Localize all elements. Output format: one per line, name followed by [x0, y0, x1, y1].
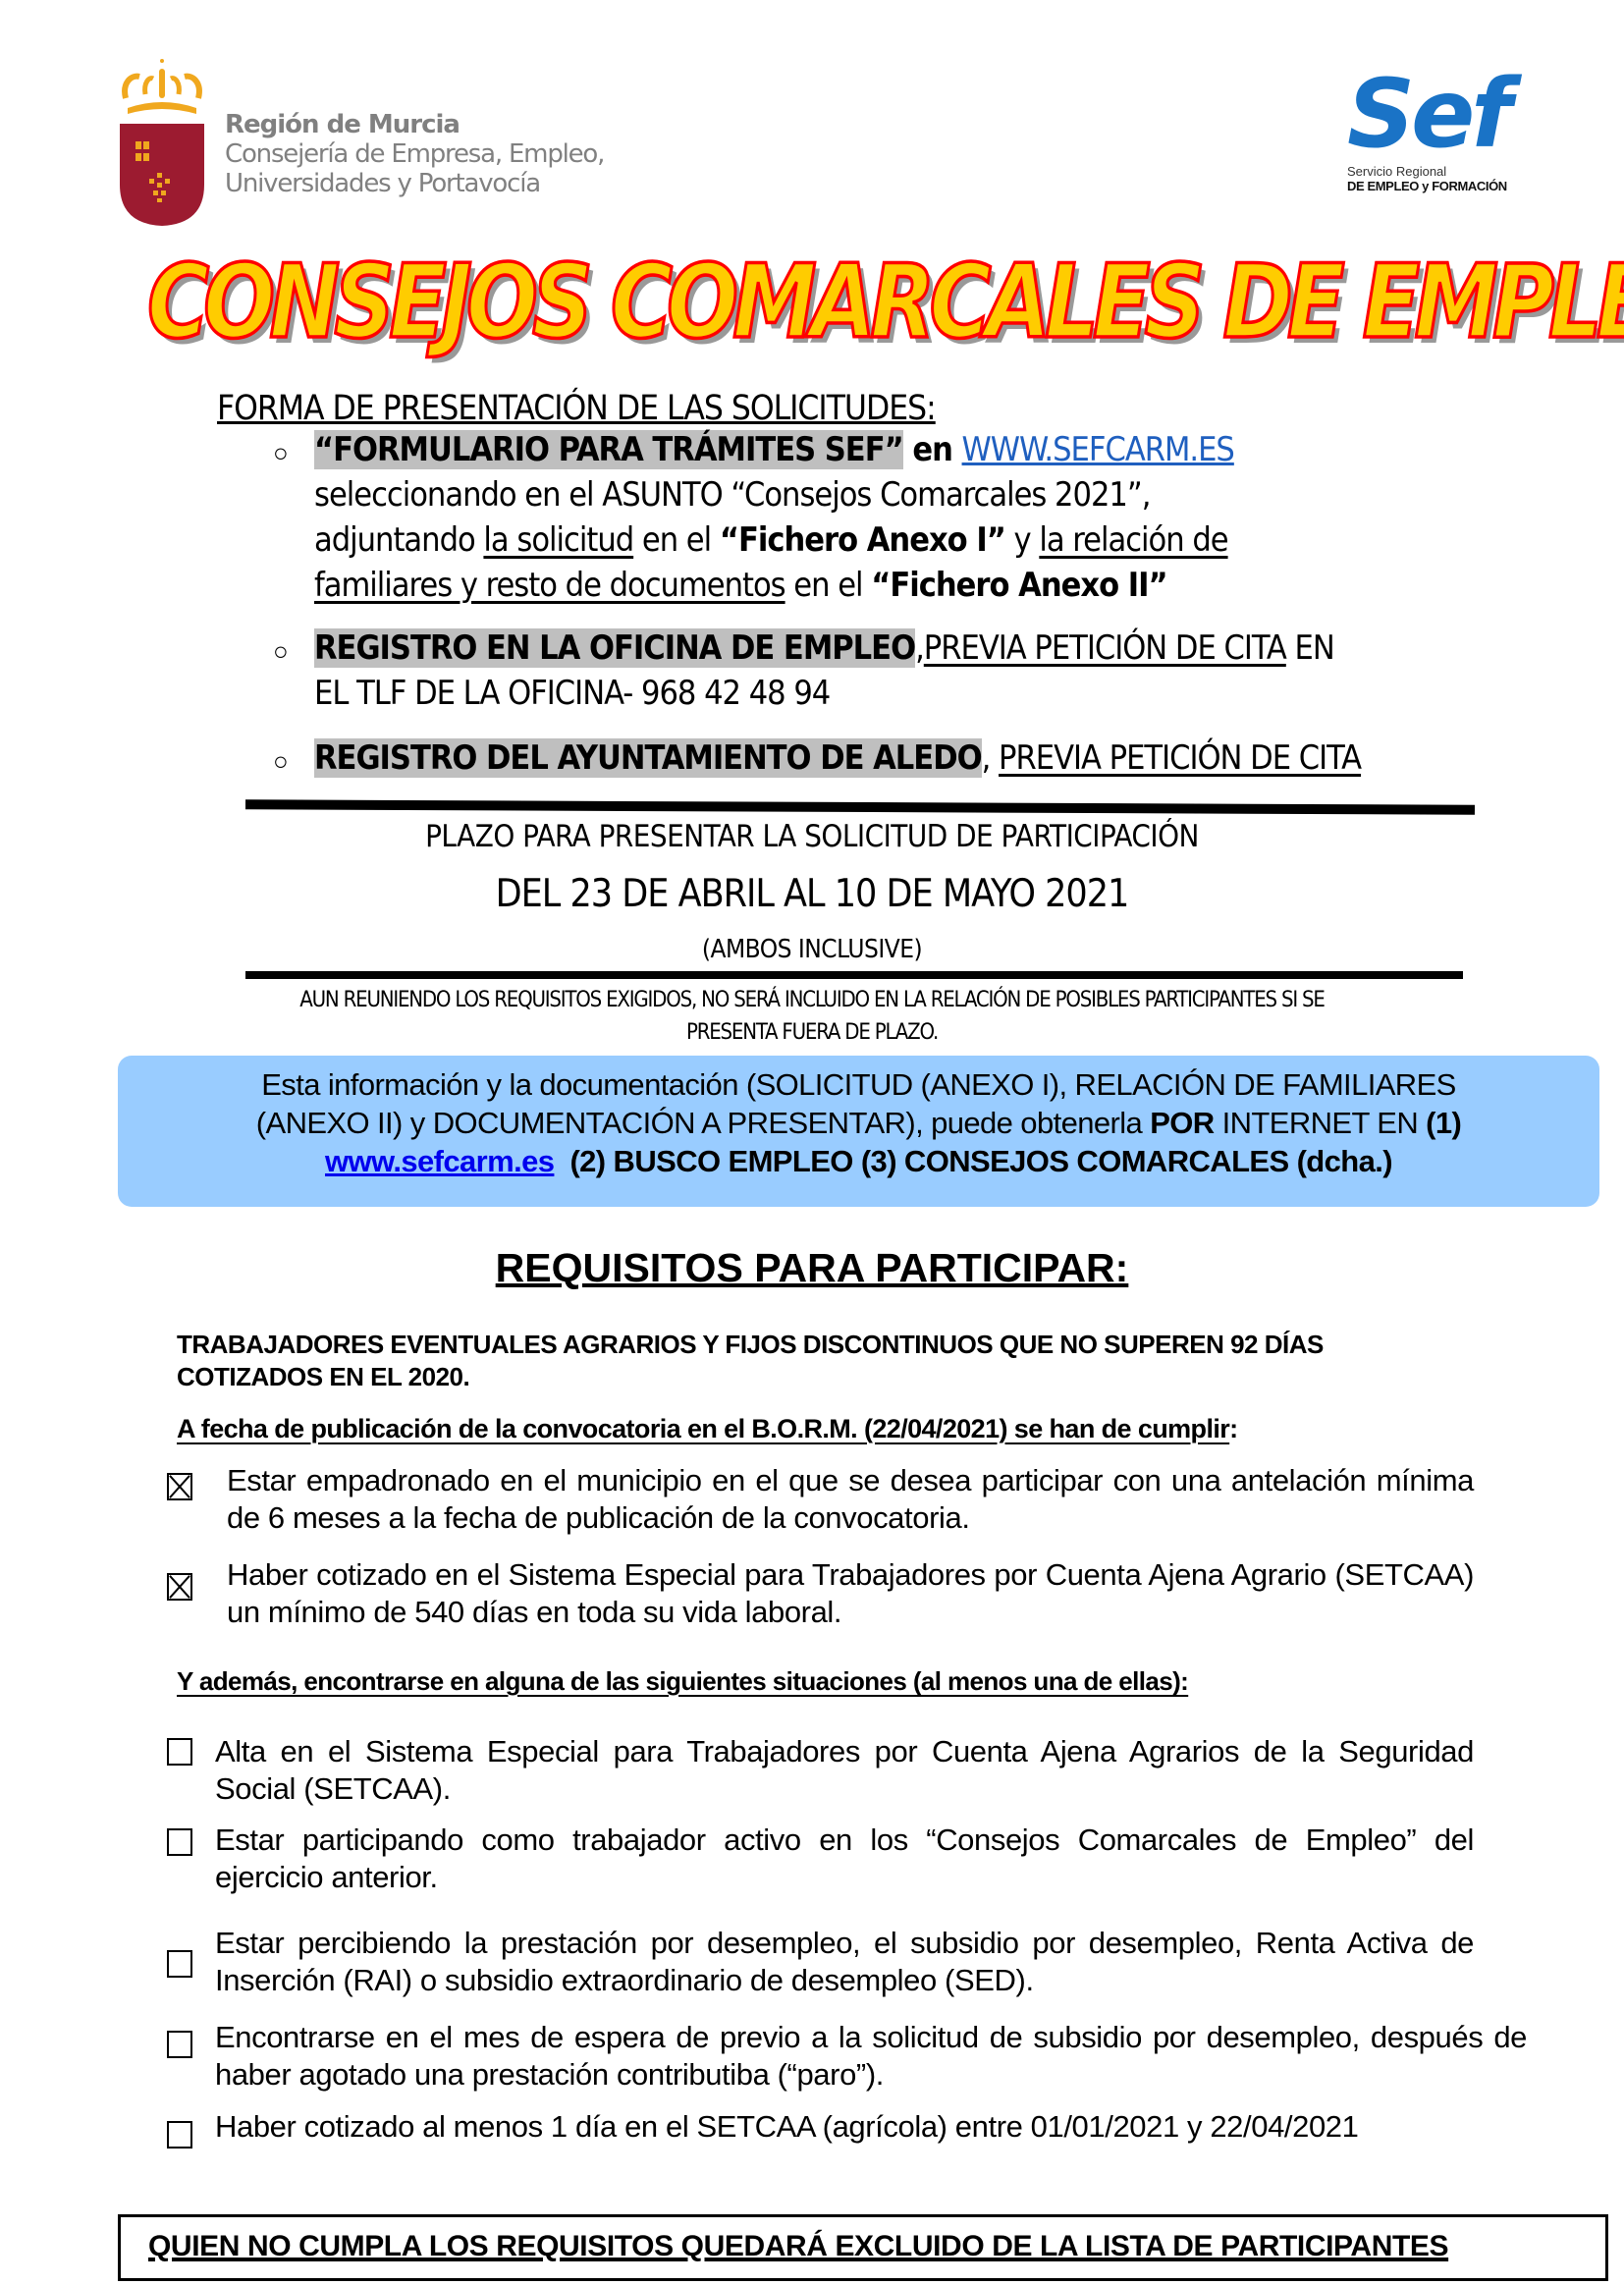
text: EN	[1286, 628, 1334, 668]
bullet1-line4: familiares y resto de documentos en el “…	[314, 566, 1167, 605]
region-de-murcia-crest-icon	[118, 57, 206, 226]
region-name: Región de Murcia	[225, 110, 604, 139]
exclusion-notice-box: QUIEN NO CUMPLA LOS REQUISITOS QUEDARÁ E…	[118, 2214, 1608, 2281]
registro-oficina-highlight: REGISTRO EN LA OFICINA DE EMPLEO	[314, 628, 915, 668]
additional-item-4: Encontrarse en el mes de espera de previ…	[215, 2019, 1527, 2094]
info-line3: www.sefcarm.es (2) BUSCO EMPLEO (3) CONS…	[118, 1142, 1599, 1180]
text: en el	[785, 566, 872, 605]
presentation-heading: FORMA DE PRESENTACIÓN DE LAS SOLICITUDES…	[217, 389, 936, 428]
text: INTERNET EN	[1215, 1106, 1427, 1140]
sefcarm-link[interactable]: WWW.SEFCARM.ES	[962, 430, 1234, 469]
text: (2) BUSCO EMPLEO (3) CONSEJOS COMARCALES…	[554, 1144, 1392, 1178]
target-line1: TRABAJADORES EVENTUALES AGRARIOS Y FIJOS…	[177, 1329, 1324, 1361]
bullet1-en: en	[903, 430, 962, 469]
text: (1)	[1426, 1106, 1461, 1140]
info-text: Esta información y la documentación (SOL…	[118, 1065, 1599, 1180]
text: y	[1005, 520, 1040, 560]
text: ,	[982, 738, 999, 778]
additional-item-1: Alta en el Sistema Especial para Trabaja…	[215, 1733, 1474, 1808]
mandatory-item-2: Haber cotizado en el Sistema Especial pa…	[227, 1556, 1474, 1631]
info-line1: Esta información y la documentación (SOL…	[118, 1065, 1599, 1104]
previa-cita-text: PREVIA PETICIÓN DE CITA	[999, 738, 1361, 778]
bullet-icon: ○	[273, 636, 289, 667]
text: adjuntando	[314, 520, 483, 560]
text: A fecha de publicación de la convocatori…	[177, 1414, 1229, 1443]
deadline-warning: AUN REUNIENDO LOS REQUISITOS EXIGIDOS, N…	[0, 984, 1624, 1049]
exclusion-notice: QUIEN NO CUMPLA LOS REQUISITOS QUEDARÁ E…	[148, 2230, 1448, 2263]
bullet1-line3: adjuntando la solicitud en el “Fichero A…	[314, 520, 1228, 560]
formulario-highlight: “FORMULARIO PARA TRÁMITES SEF”	[314, 430, 903, 469]
checkbox-unchecked[interactable]	[167, 1738, 192, 1766]
relacion-text: la relación de	[1039, 520, 1227, 560]
bullet-icon: ○	[273, 746, 289, 777]
text: (ANEXO II) y DOCUMENTACIÓN A PRESENTAR),…	[256, 1106, 1150, 1140]
info-line2: (ANEXO II) y DOCUMENTACIÓN A PRESENTAR),…	[118, 1104, 1599, 1142]
checkbox-unchecked[interactable]	[167, 2031, 192, 2058]
registro-ayuntamiento-highlight: REGISTRO DEL AYUNTAMIENTO DE ALEDO	[314, 738, 982, 778]
bullet2-line1: REGISTRO EN LA OFICINA DE EMPLEO,PREVIA …	[314, 628, 1334, 668]
sef-logo-mark: Sef	[1347, 67, 1534, 161]
info-box: Esta información y la documentación (SOL…	[118, 1056, 1599, 1207]
text: Y además, encontrarse en alguna de las s…	[177, 1666, 1188, 1696]
fichero-anexo-i: “Fichero Anexo I”	[720, 520, 1005, 560]
divider	[245, 971, 1463, 979]
bullet-icon: ○	[273, 438, 289, 468]
additional-item-2: Estar participando como trabajador activ…	[215, 1822, 1474, 1896]
divider	[245, 799, 1475, 814]
requirements-heading: REQUISITOS PARA PARTICIPAR:	[0, 1245, 1624, 1291]
text: ,	[915, 628, 924, 668]
department-line2: Universidades y Portavocía	[225, 169, 604, 198]
region-logo-text: Región de Murcia Consejería de Empresa, …	[225, 110, 604, 198]
text: POR	[1150, 1106, 1214, 1140]
familiares-text: familiares y resto de documentos	[314, 566, 785, 605]
warning-line2: PRESENTA FUERA DE PLAZO.	[0, 1016, 1624, 1049]
bullet1-line1: “FORMULARIO PARA TRÁMITES SEF” en WWW.SE…	[314, 430, 1234, 469]
bullet3-line1: REGISTRO DEL AYUNTAMIENTO DE ALEDO, PREV…	[314, 738, 1361, 778]
mandatory-item-1: Estar empadronado en el municipio en el …	[227, 1462, 1474, 1537]
previa-cita-text: PREVIA PETICIÓN DE CITA	[924, 628, 1286, 668]
page-title: CONSEJOS COMARCALES DE EMPLEO 2021	[147, 244, 1502, 361]
mandatory-heading: A fecha de publicación de la convocatori…	[177, 1414, 1238, 1444]
sefcarm-link[interactable]: www.sefcarm.es	[325, 1144, 554, 1178]
department-line1: Consejería de Empresa, Empleo,	[225, 139, 604, 169]
bullet1-line2: seleccionando en el ASUNTO “Consejos Com…	[314, 475, 1150, 515]
bullet2-line2: EL TLF DE LA OFICINA- 968 42 48 94	[314, 674, 830, 713]
target-line2: COTIZADOS EN EL 2020.	[177, 1361, 1324, 1393]
warning-line1: AUN REUNIENDO LOS REQUISITOS EXIGIDOS, N…	[0, 984, 1624, 1016]
text: en el	[633, 520, 720, 560]
additional-item-5: Haber cotizado al menos 1 día en el SETC…	[215, 2108, 1474, 2146]
additional-heading: Y además, encontrarse en alguna de las s…	[177, 1666, 1188, 1697]
deadline-dates: DEL 23 DE ABRIL AL 10 DE MAYO 2021	[0, 872, 1624, 916]
checkbox-checked[interactable]	[167, 1573, 192, 1601]
target-group: TRABAJADORES EVENTUALES AGRARIOS Y FIJOS…	[177, 1329, 1324, 1393]
text: :	[1229, 1414, 1237, 1443]
checkbox-unchecked[interactable]	[167, 1828, 192, 1856]
additional-item-3: Estar percibiendo la prestación por dese…	[215, 1925, 1474, 1999]
fichero-anexo-ii: “Fichero Anexo II”	[871, 566, 1166, 605]
sef-logo-line2: DE EMPLEO y FORMACIÓN	[1347, 179, 1534, 193]
sef-logo: Sef Servicio Regional DE EMPLEO y FORMAC…	[1347, 67, 1534, 193]
checkbox-unchecked[interactable]	[167, 1950, 192, 1978]
checkbox-checked[interactable]	[167, 1473, 192, 1500]
deadline-note: (AMBOS INCLUSIVE)	[0, 935, 1624, 964]
la-solicitud-text: la solicitud	[483, 520, 633, 560]
checkbox-unchecked[interactable]	[167, 2121, 192, 2149]
deadline-label: PLAZO PARA PRESENTAR LA SOLICITUD DE PAR…	[0, 819, 1624, 854]
